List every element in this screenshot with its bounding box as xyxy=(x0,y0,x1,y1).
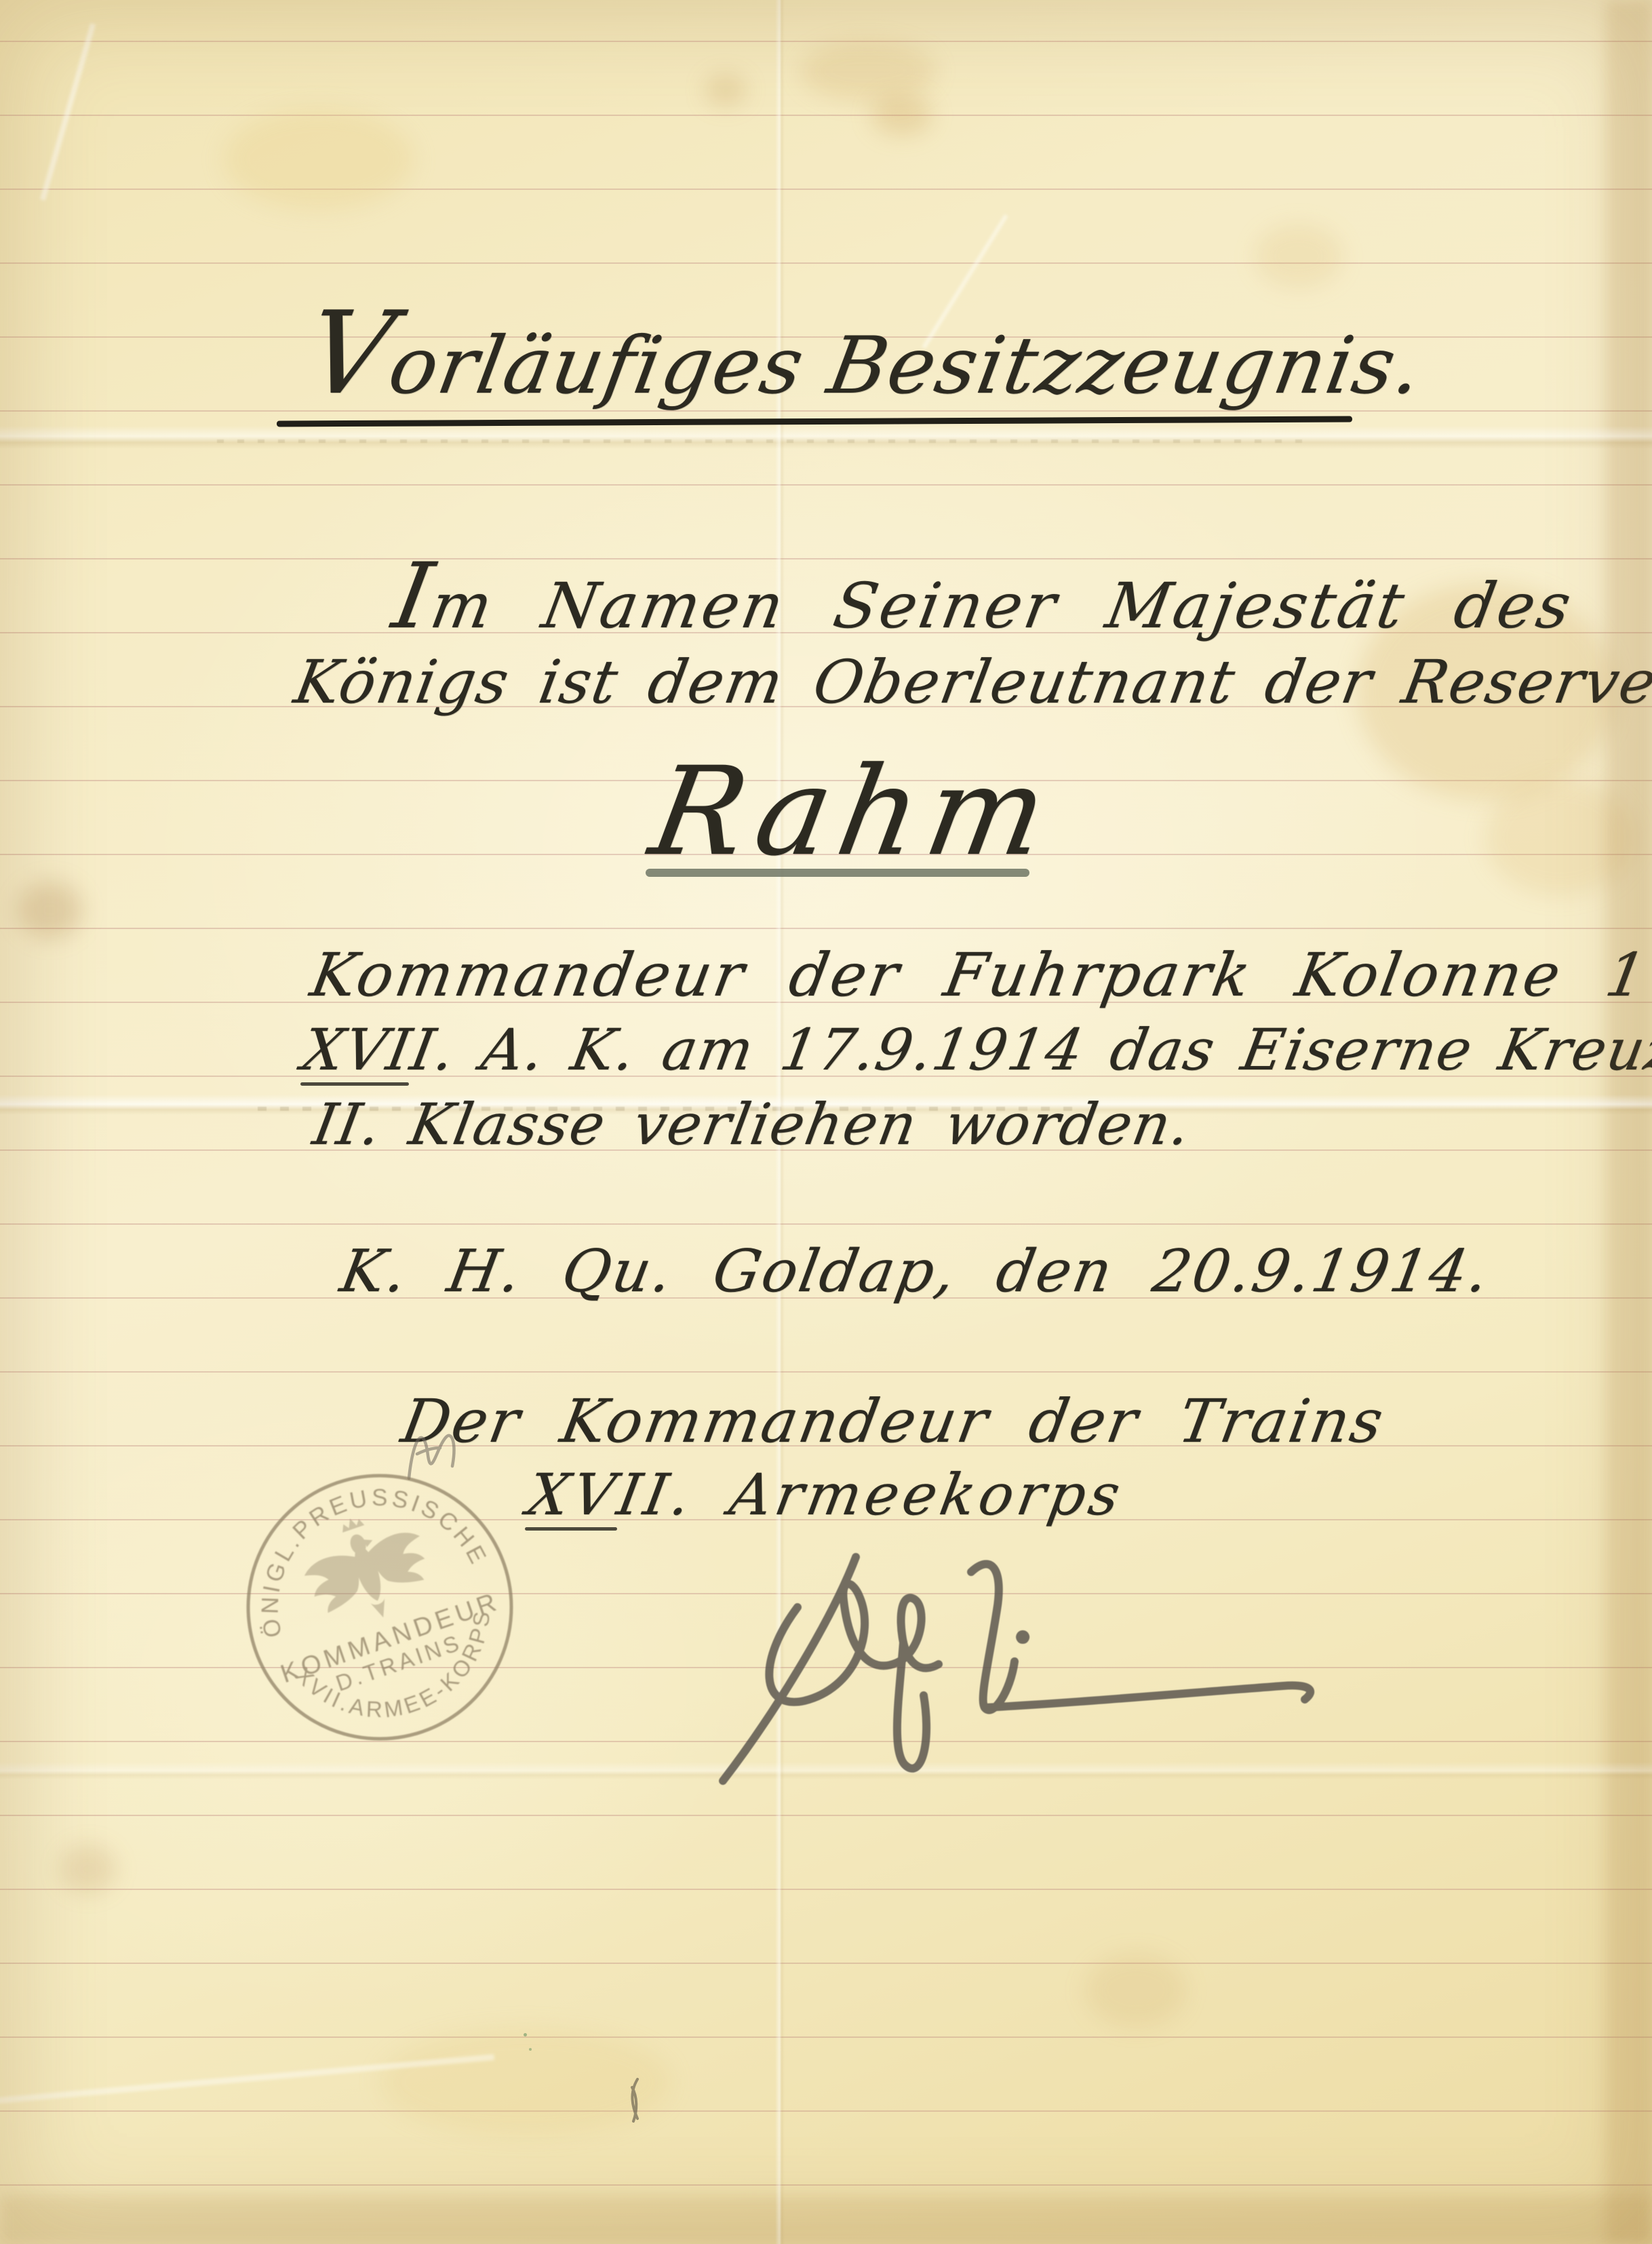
signature-gogel xyxy=(685,1524,1363,1816)
stain-blob xyxy=(871,95,932,136)
award-line-1: Kommandeur der Fuhrpark Kolonne 1 xyxy=(307,945,1652,1005)
edge-shade-right xyxy=(1606,0,1652,2244)
stain-blob xyxy=(800,41,936,102)
green-fleck xyxy=(524,2033,527,2036)
signature-stroke xyxy=(971,1564,1015,1710)
signature-stroke xyxy=(769,1584,939,1702)
signature-stroke xyxy=(723,1557,856,1781)
document-title: Vorläufiges Besitzzeugnis. xyxy=(300,327,1429,406)
body-line-1: Im Namen Seiner Majestät des xyxy=(388,575,1578,637)
signature-dot xyxy=(1020,1634,1025,1640)
stain-blob xyxy=(224,109,414,210)
numeral-underline-2 xyxy=(525,1527,617,1531)
crease-speckles-1 xyxy=(217,439,1316,443)
edge-shade-bottom xyxy=(0,2196,1652,2244)
closing-line-1: Der Kommandeur der Trains xyxy=(397,1392,1389,1451)
stain-blob xyxy=(1255,224,1343,288)
stain-blob xyxy=(1085,1953,1187,2028)
green-fleck xyxy=(529,2048,532,2051)
document-page: Vorläufiges Besitzzeugnis. Im Namen Sein… xyxy=(0,0,1652,2244)
recipient-name: Rahm xyxy=(643,751,1064,873)
stain-blob xyxy=(18,882,83,939)
award-line-3: II. Klasse verliehen worden. xyxy=(309,1096,1196,1153)
name-underline xyxy=(646,869,1029,877)
stain-blob xyxy=(705,75,746,106)
ink-smudge-stroke xyxy=(632,2079,637,2121)
dateline: K. H. Qu. Goldap, den 20.9.1914. xyxy=(336,1242,1495,1301)
stain-blob xyxy=(60,1845,117,1893)
closing-line-2: XVII. Armeekorps xyxy=(524,1466,1128,1523)
award-line-2: XVII. A. K. am 17.9.1914 das Eiserne Kre… xyxy=(298,1021,1652,1078)
ink-smudge-bottom xyxy=(616,2074,663,2131)
numeral-underline-1 xyxy=(300,1082,409,1086)
body-line-2: Königs ist dem Oberleutnant der Reserve xyxy=(290,652,1652,712)
crease-horizontal-1 xyxy=(0,426,1652,449)
signature-stroke xyxy=(985,1685,1310,1708)
